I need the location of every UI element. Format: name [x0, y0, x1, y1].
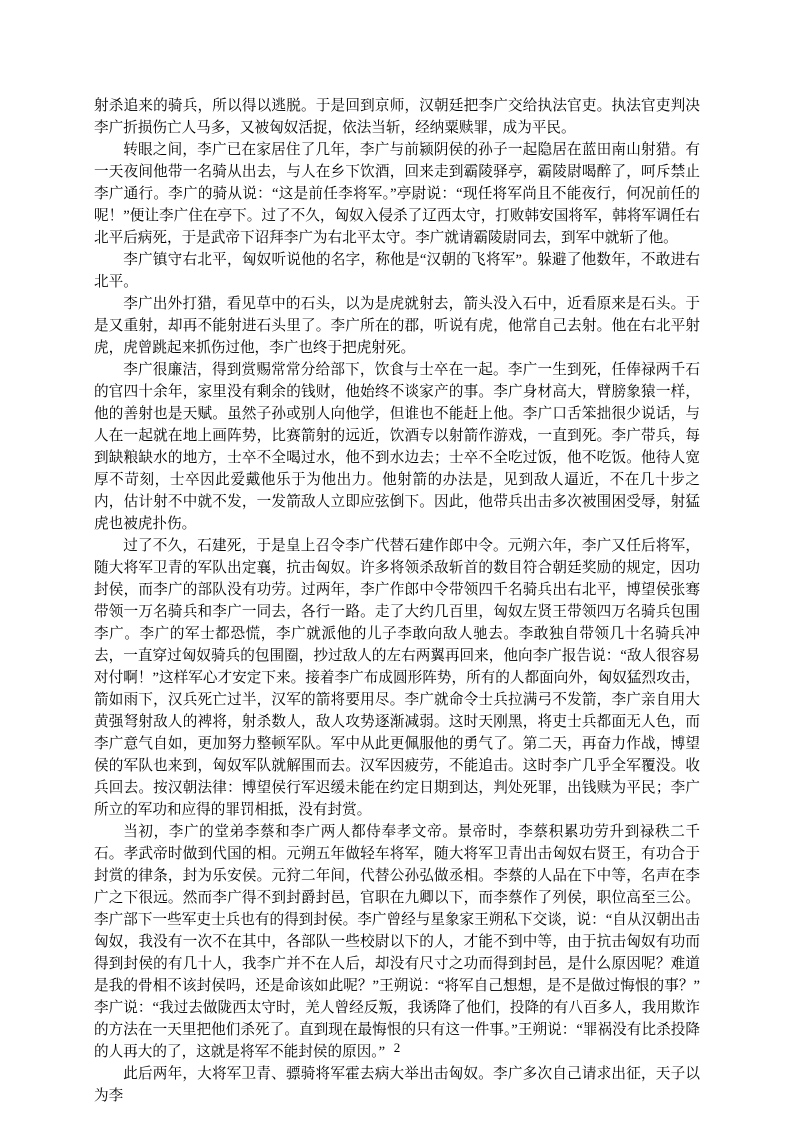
page-footer: 2 [0, 1039, 794, 1057]
paragraph-4: 李广出外打猎，看见草中的石头，以为是虎就射去，箭头没入石中，近看原来是石头。于是… [94, 293, 700, 359]
page-body-text: 射杀追来的骑兵，所以得以逃脱。于是回到京师，汉朝廷把李广交给执法官吏。执法官吏判… [94, 95, 700, 1107]
paragraph-1: 射杀追来的骑兵，所以得以逃脱。于是回到京师，汉朝廷把李广交给执法官吏。执法官吏判… [94, 95, 700, 139]
paragraph-6: 过了不久，石建死，于是皇上召令李广代替石建作郎中令。元朔六年，李广又任后将军，随… [94, 535, 700, 821]
paragraph-5: 李广很廉洁，得到赏赐常常分给部下，饮食与士卒在一起。李广一生到死，任俸禄两千石的… [94, 359, 700, 535]
paragraph-7: 当初，李广的堂弟李蔡和李广两人都侍奉孝文帝。景帝时，李蔡积累功劳升到禄秩二千石。… [94, 821, 700, 1063]
document-page: 射杀追来的骑兵，所以得以逃脱。于是回到京师，汉朝廷把李广交给执法官吏。执法官吏判… [0, 0, 794, 1123]
paragraph-2: 转眼之间，李广已在家居住了几年，李广与前颍阴侯的孙子一起隐居在蓝田南山射猎。有一… [94, 139, 700, 249]
page-number: 2 [394, 1040, 401, 1055]
paragraph-8: 此后两年，大将军卫青、骠骑将军霍去病大举出击匈奴。李广多次自己请求出征，天子以为… [94, 1063, 700, 1107]
paragraph-3: 李广镇守右北平，匈奴听说他的名字，称他是“汉朝的飞将军”。躲避了他数年，不敢进右… [94, 249, 700, 293]
